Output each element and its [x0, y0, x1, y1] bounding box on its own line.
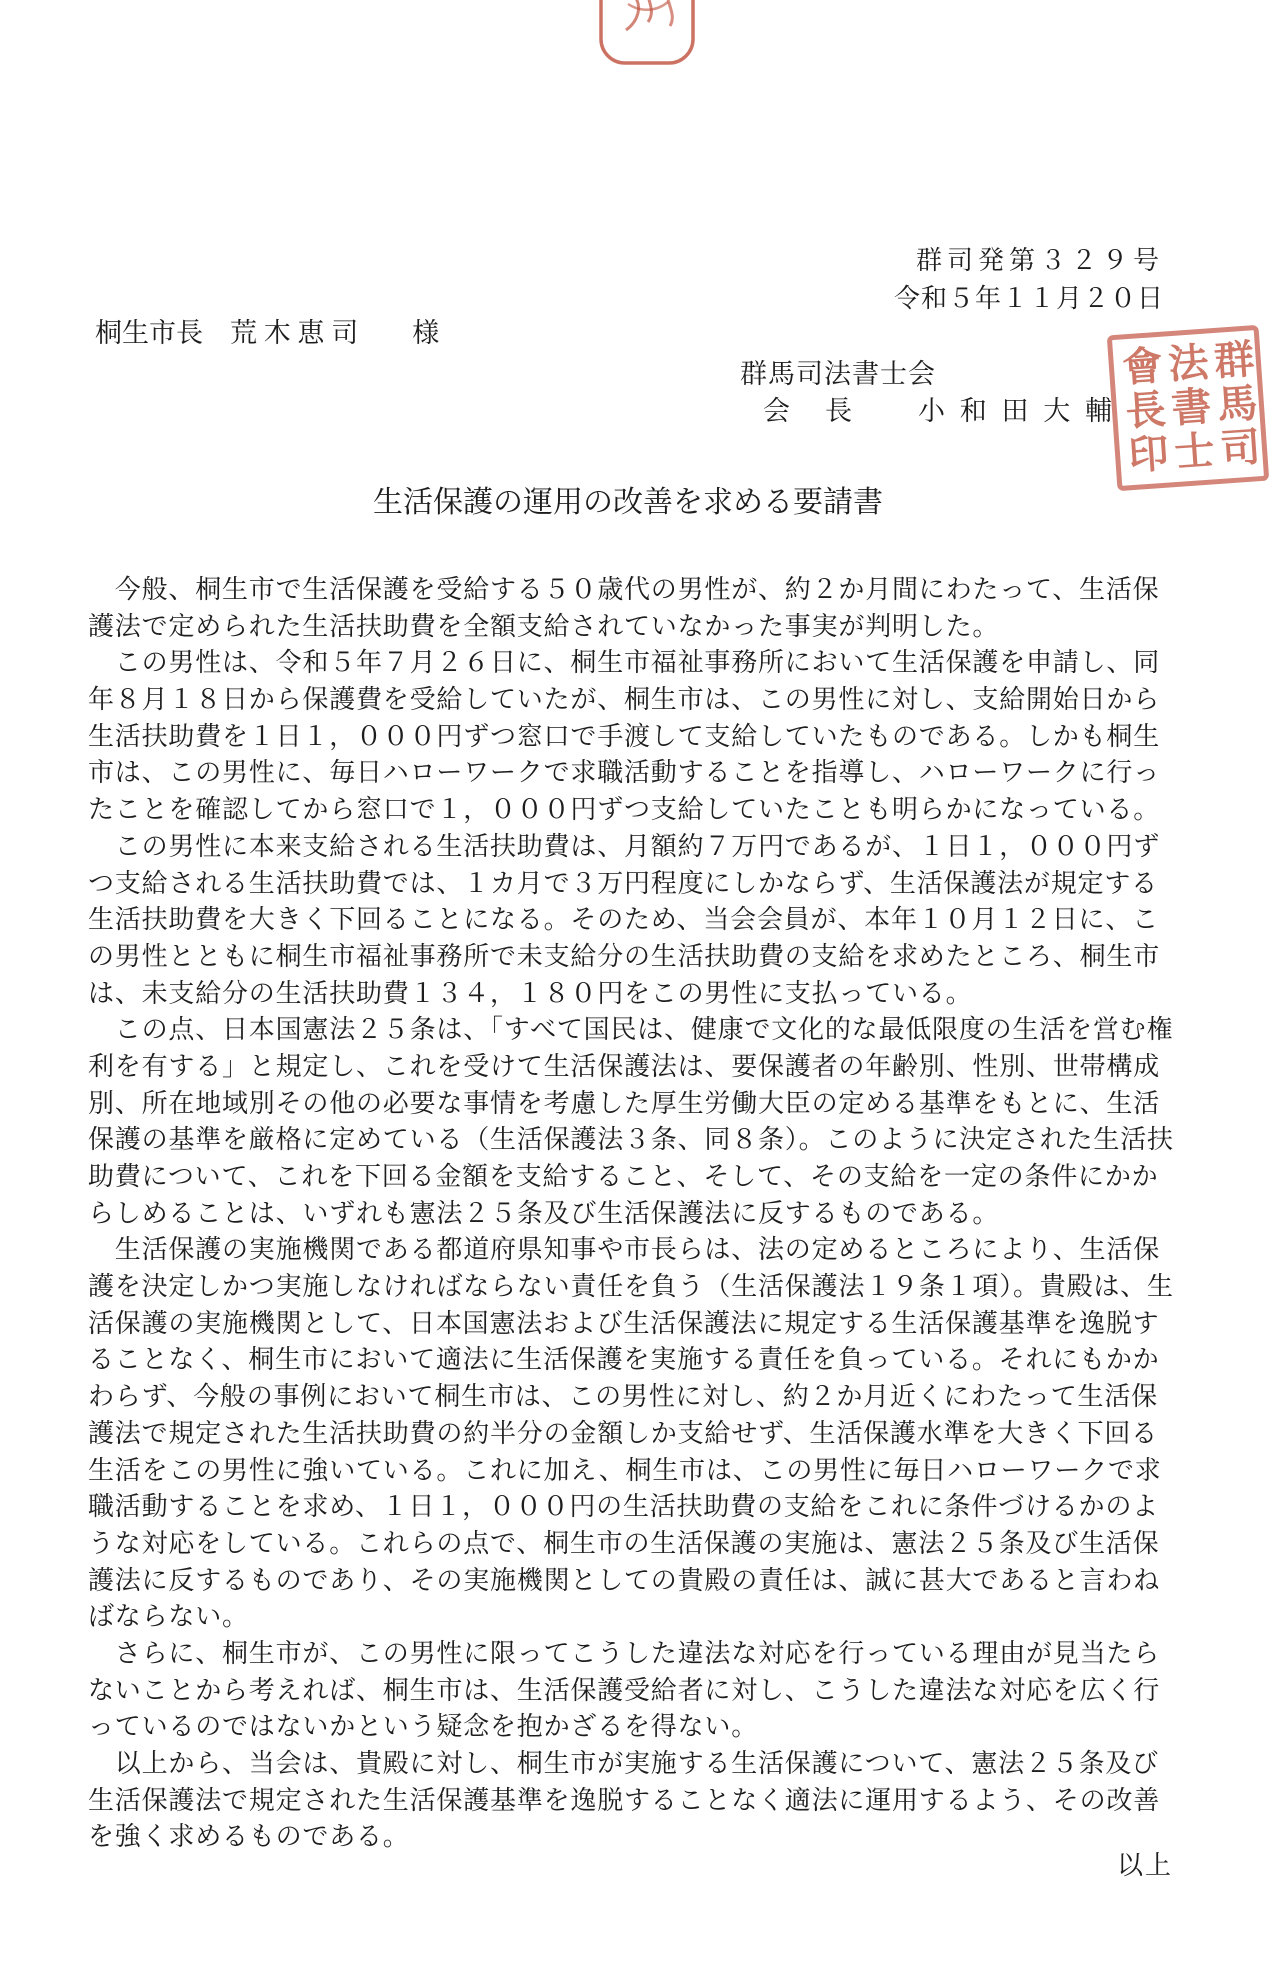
sender-organization: 群馬司法書士会 — [740, 352, 936, 391]
seal-column-right: 群馬司 — [1206, 337, 1261, 472]
bridging-seal-icon — [598, 0, 698, 66]
body-text-line: 助費について、これを下回る金額を支給すること、そして、その支給を一定の条件にかか — [88, 1159, 1208, 1196]
body-text-line: ることなく、桐生市において適法に生活保護を実施する責任を負っている。それにもかか — [88, 1342, 1208, 1379]
sender-president-name: 会 長 小 和 田 大 輔 — [763, 389, 1116, 428]
body-text-line: を強く求めるものである。 — [88, 1819, 1208, 1856]
body-text-line: 職活動することを求め、１日１，０００円の生活扶助費の支給をこれに条件づけるかのよ — [88, 1489, 1208, 1526]
body-text-line: たことを確認してから窓口で１，０００円ずつ支給していたことも明らかになっている。 — [88, 792, 1208, 829]
body-text-line: ばならない。 — [88, 1599, 1208, 1636]
body-text-line: 年８月１８日から保護費を受給していたが、桐生市は、この男性に対し、支給開始日から — [88, 682, 1208, 719]
body-text-line: っているのではないかという疑念を抱かざるを得ない。 — [88, 1709, 1208, 1746]
body-text-line: つ支給される生活扶助費では、１カ月で３万円程度にしかならず、生活保護法が規定する — [88, 866, 1208, 903]
president-seal-icon: 群馬司 法書士 會長印 — [1107, 325, 1270, 491]
body-text-line: 生活保護の実施機関である都道府県知事や市長らは、法の定めるところにより、生活保 — [88, 1232, 1208, 1269]
scanned-letter-page: 群司発第３２９号 令和５年１１月２０日 桐生市長 荒 木 恵 司 様 群馬司法書… — [0, 0, 1280, 1980]
body-text-line: さらに、桐生市が、この男性に限ってこうした違法な対応を行っている理由が見当たら — [88, 1636, 1208, 1673]
body-text-line: この点、日本国憲法２５条は、「すべて国民は、健康で文化的な最低限度の生活を営む権 — [88, 1012, 1208, 1049]
body-text-line: わらず、今般の事例において桐生市は、この男性に対し、約２か月近くにわたって生活保 — [88, 1379, 1208, 1416]
body-text-line: 生活保護法で規定された生活保護基準を逸脱することなく適法に運用するよう、その改善 — [88, 1783, 1208, 1820]
body-text-line: この男性は、令和５年７月２６日に、桐生市福祉事務所において生活保護を申請し、同 — [88, 645, 1208, 682]
body-text-line: 利を有する」と規定し、これを受けて生活保護法は、要保護者の年齢別、性別、世帯構成 — [88, 1049, 1208, 1086]
body-text-line: 活保護の実施機関として、日本国憲法および生活保護法に規定する生活保護基準を逸脱す — [88, 1306, 1208, 1343]
seal-column-middle: 法書士 — [1160, 341, 1215, 476]
body-text-line: は、未支給分の生活扶助費１３４，１８０円をこの男性に支払っている。 — [88, 976, 1208, 1013]
document-date: 令和５年１１月２０日 — [894, 278, 1164, 315]
body-text-line: 生活をこの男性に強いている。これに加え、桐生市は、この男性に毎日ハローワークで求 — [88, 1453, 1208, 1490]
seal-column-left: 會長印 — [1115, 344, 1170, 479]
body-text-line: 護法で定められた生活扶助費を全額支給されていなかった事実が判明した。 — [88, 609, 1208, 646]
body-text-line: 生活扶助費を１日１，０００円ずつ窓口で手渡して支給していたものである。しかも桐生 — [88, 719, 1208, 756]
document-number: 群司発第３２９号 — [916, 240, 1164, 277]
body-text-line: 今般、桐生市で生活保護を受給する５０歳代の男性が、約２か月間にわたって、生活保 — [88, 572, 1208, 609]
document-body: 今般、桐生市で生活保護を受給する５０歳代の男性が、約２か月間にわたって、生活保護… — [88, 572, 1208, 1856]
president-seal-text: 群馬司 法書士 會長印 — [1114, 330, 1262, 485]
body-text-line: 生活扶助費を大きく下回ることになる。そのため、当会会員が、本年１０月１２日に、こ — [88, 902, 1208, 939]
body-text-line: 別、所在地域別その他の必要な事情を考慮した厚生労働大臣の定める基準をもとに、生活 — [88, 1086, 1208, 1123]
document-title: 生活保護の運用の改善を求める要請書 — [373, 477, 883, 521]
body-text-line: うな対応をしている。これらの点で、桐生市の生活保護の実施は、憲法２５条及び生活保 — [88, 1526, 1208, 1563]
addressee-line: 桐生市長 荒 木 恵 司 様 — [95, 311, 439, 350]
body-text-line: ないことから考えれば、桐生市は、生活保護受給者に対し、こうした違法な対応を広く行 — [88, 1673, 1208, 1710]
body-text-line: 護法に反するものであり、その実施機関としての貴殿の責任は、誠に甚大であると言わね — [88, 1563, 1208, 1600]
body-text-line: 以上から、当会は、貴殿に対し、桐生市が実施する生活保護について、憲法２５条及び — [88, 1746, 1208, 1783]
body-text-line: 市は、この男性に、毎日ハローワークで求職活動することを指導し、ハローワークに行っ — [88, 755, 1208, 792]
body-text-line: 護を決定しかつ実施しなければならない責任を負う（生活保護法１９条１項）。貴殿は、… — [88, 1269, 1208, 1306]
body-text-line: の男性とともに桐生市福祉事務所で未支給分の生活扶助費の支給を求めたところ、桐生市 — [88, 939, 1208, 976]
body-text-line: この男性に本来支給される生活扶助費は、月額約７万円であるが、１日１，０００円ず — [88, 829, 1208, 866]
body-text-line: 保護の基準を厳格に定めている（生活保護法３条、同８条）。このように決定された生活… — [88, 1122, 1208, 1159]
closing-ijou: 以上 — [1117, 1845, 1173, 1882]
body-text-line: 護法で規定された生活扶助費の約半分の金額しか支給せず、生活保護水準を大きく下回る — [88, 1416, 1208, 1453]
body-text-line: らしめることは、いずれも憲法２５条及び生活保護法に反するものである。 — [88, 1196, 1208, 1233]
